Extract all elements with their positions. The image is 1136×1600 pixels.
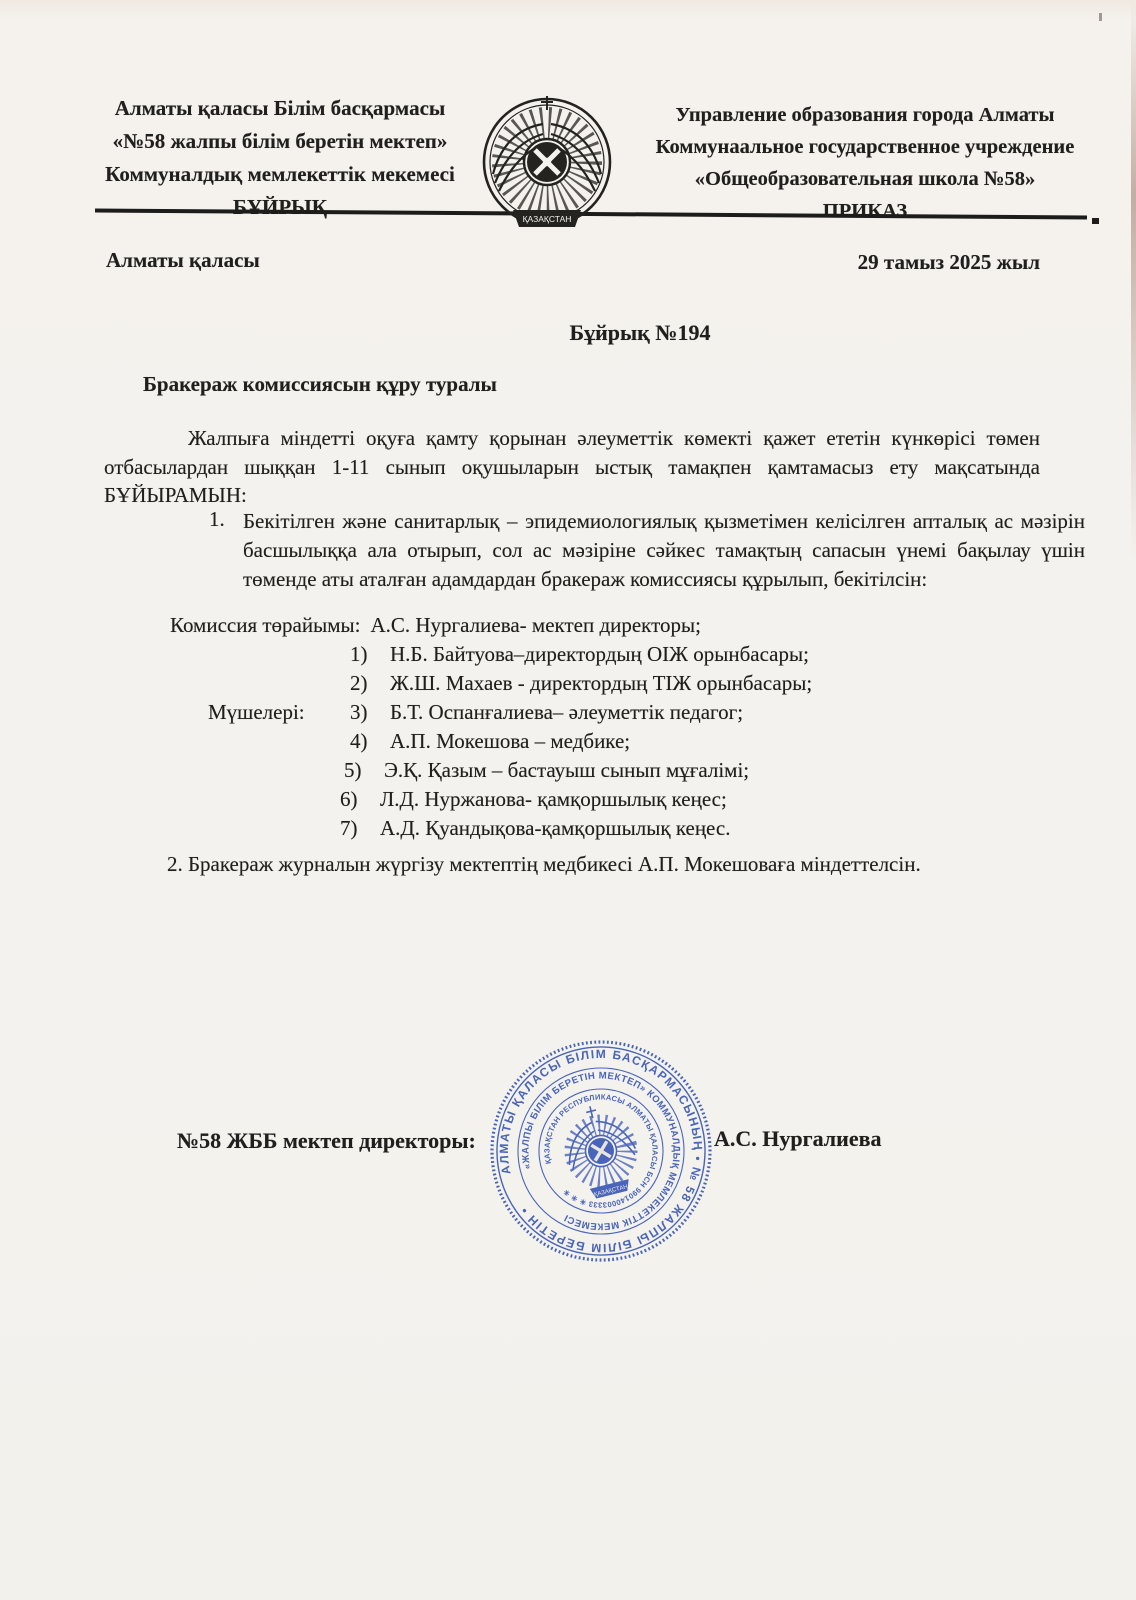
signature-name: А.С. Нургалиева xyxy=(714,1126,881,1152)
member-row: 1) Н.Б. Байтуова–директордың ОІЖ орынбас… xyxy=(350,642,809,667)
org-header-kazakh: Алматы қаласы Білім басқармасы «№58 жалп… xyxy=(86,92,474,224)
chair-name: А.С. Нургалиева- мектеп директоры; xyxy=(370,613,700,637)
preamble-paragraph: Жалпыға міндетті оқуға қамту қорынан әле… xyxy=(104,424,1040,510)
scan-edge-artifact xyxy=(1131,0,1136,560)
org-name-line: «Общеобразовательная школа №58» xyxy=(634,163,1096,195)
member-text: А.Д. Қуандықова-қамқоршылық кеңес. xyxy=(380,816,730,841)
member-text: Б.Т. Оспанғалиева– әлеуметтік педагог; xyxy=(390,700,743,725)
member-text: Л.Д. Нуржанова- қамқоршылық кеңес; xyxy=(380,787,727,812)
member-number: 1) xyxy=(350,642,380,667)
scan-speck-artifact xyxy=(1099,13,1102,21)
member-text: Э.Қ. Қазым – бастауыш сынып мұғалімі; xyxy=(384,758,749,783)
commission-chair-row: Комиссия төрайымы:А.С. Нургалиева- мекте… xyxy=(170,613,701,638)
scanned-order-document: Алматы қаласы Білім басқармасы «№58 жалп… xyxy=(0,0,1136,1600)
chair-label: Комиссия төрайымы: xyxy=(170,613,360,637)
date-label: 29 тамыз 2025 жыл xyxy=(810,250,1040,275)
member-row: 6) Л.Д. Нуржанова- қамқоршылық кеңес; xyxy=(340,787,727,812)
member-number: 3) xyxy=(350,700,380,725)
member-number: 5) xyxy=(344,758,374,783)
org-name-line: Алматы қаласы Білім басқармасы xyxy=(86,92,474,125)
org-name-line: Коммунаальное государственное учреждение xyxy=(634,131,1096,163)
signature-label: №58 ЖББ мектеп директоры: xyxy=(177,1128,476,1154)
member-number: 7) xyxy=(340,816,370,841)
order-subject: Бракераж комиссиясын құру туралы xyxy=(143,372,497,397)
order-number-title: Бұйрық №194 xyxy=(145,320,1135,346)
org-name-line: Управление образования города Алматы xyxy=(634,99,1096,131)
member-row: 2) Ж.Ш. Махаев - директордың ТІЖ орынбас… xyxy=(350,671,812,696)
item2-text: 2. Бракераж журналын жүргізу мектептің м… xyxy=(167,852,1097,877)
city-label: Алматы қаласы xyxy=(106,248,260,273)
school-round-stamp: АЛМАТЫ ҚАЛАСЫ БІЛІМ БАСҚАРМАСЫНЫҢ • № 58… xyxy=(465,1015,737,1287)
member-number: 6) xyxy=(340,787,370,812)
org-name-line: Коммуналдық мемлекеттік мекемесі xyxy=(86,158,474,191)
members-label: Мүшелері: xyxy=(208,700,305,725)
divider-end-dot xyxy=(1092,218,1099,224)
org-header-russian: Управление образования города Алматы Ком… xyxy=(634,99,1096,227)
member-row: 4) А.П. Мокешова – медбике; xyxy=(350,729,630,754)
kazakhstan-state-emblem-icon: ҚАЗАҚСТАН xyxy=(477,88,617,241)
member-number: 4) xyxy=(350,729,380,754)
member-number: 2) xyxy=(350,671,380,696)
order-word-russian: ПРИКАЗ xyxy=(634,195,1096,227)
member-row: 3) Б.Т. Оспанғалиева– әлеуметтік педагог… xyxy=(350,700,743,725)
org-name-line: «№58 жалпы білім беретін мектеп» xyxy=(86,125,474,158)
order-word-kazakh: БҰЙРЫҚ xyxy=(86,191,474,224)
member-text: А.П. Мокешова – медбике; xyxy=(390,729,630,754)
item1-text: Бекітілген және санитарлық – эпидемиолог… xyxy=(243,507,1085,594)
member-text: Н.Б. Байтуова–директордың ОІЖ орынбасары… xyxy=(390,642,809,667)
item1-marker: 1. xyxy=(209,507,225,532)
member-row: 7) А.Д. Қуандықова-қамқоршылық кеңес. xyxy=(340,816,730,841)
emblem-banner-caption: ҚАЗАҚСТАН xyxy=(523,214,572,224)
member-text: Ж.Ш. Махаев - директордың ТІЖ орынбасары… xyxy=(390,671,812,696)
member-row: 5) Э.Қ. Қазым – бастауыш сынып мұғалімі; xyxy=(344,758,749,783)
